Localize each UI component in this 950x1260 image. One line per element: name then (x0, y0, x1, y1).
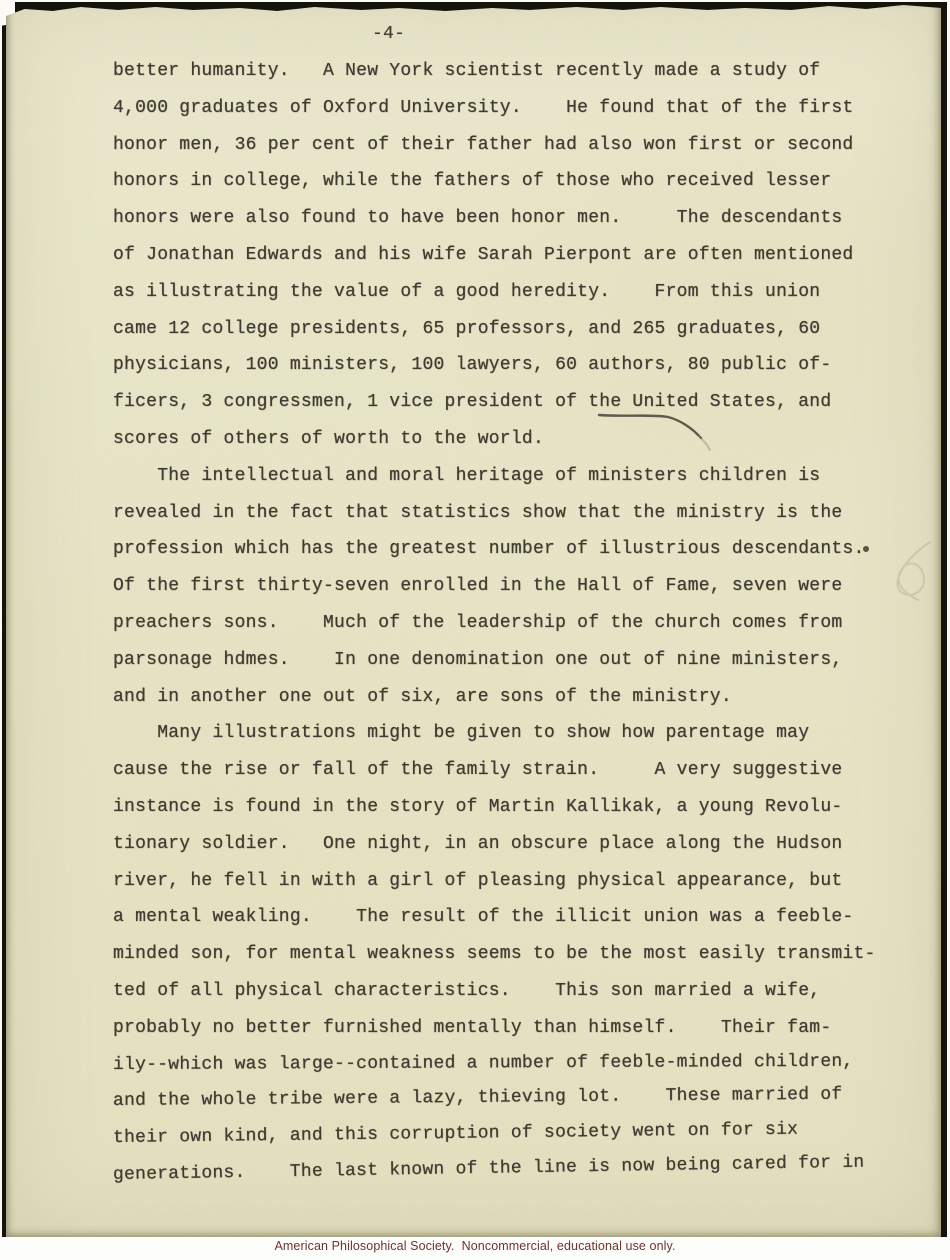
text-line: river, he fell in with a girl of pleasin… (113, 863, 903, 900)
text-line: better humanity. A New York scientist re… (113, 53, 903, 90)
text-line: instance is found in the story of Martin… (113, 789, 903, 826)
text-line: profession which has the greatest number… (113, 531, 903, 568)
scanned-document: -4- better humanity. A New York scientis… (0, 0, 950, 1260)
text-line: as illustrating the value of a good here… (113, 274, 903, 311)
text-line: honors in college, while the fathers of … (113, 163, 903, 200)
text-line: ficers, 3 congressmen, 1 vice president … (113, 384, 903, 421)
text-line: Many illustrations might be given to sho… (113, 715, 903, 752)
text-line: cause the rise or fall of the family str… (113, 752, 903, 789)
paper-page: -4- better humanity. A New York scientis… (6, 0, 941, 1237)
text-line: ted of all physical characteristics. Thi… (113, 973, 903, 1010)
text-line: came 12 college presidents, 65 professor… (113, 311, 903, 348)
page-number: -4- (372, 24, 405, 44)
text-line: Of the first thirty-seven enrolled in th… (113, 568, 903, 605)
text-line: scores of others of worth to the world. (113, 421, 903, 458)
text-line: 4,000 graduates of Oxford University. He… (113, 90, 903, 127)
typewritten-text: better humanity. A New York scientist re… (113, 53, 903, 1194)
text-line: tionary soldier. One night, in an obscur… (113, 826, 903, 863)
text-line: of Jonathan Edwards and his wife Sarah P… (113, 237, 903, 274)
text-line: parsonage hdmes. In one denomination one… (113, 642, 903, 679)
text-line: physicians, 100 ministers, 100 lawyers, … (113, 347, 903, 384)
watermark-caption: American Philosophical Society. Noncomme… (0, 1239, 950, 1253)
text-line: and in another one out of six, are sons … (113, 679, 903, 716)
text-line: minded son, for mental weakness seems to… (113, 936, 903, 973)
text-line: preachers sons. Much of the leadership o… (113, 605, 903, 642)
text-line: probably no better furnished mentally th… (113, 1010, 903, 1047)
text-line: The intellectual and moral heritage of m… (113, 458, 903, 495)
text-line: honors were also found to have been hono… (113, 200, 903, 237)
text-line: honor men, 36 per cent of their father h… (113, 127, 903, 164)
text-line: a mental weakling. The result of the ill… (113, 899, 903, 936)
text-line: revealed in the fact that statistics sho… (113, 495, 903, 532)
